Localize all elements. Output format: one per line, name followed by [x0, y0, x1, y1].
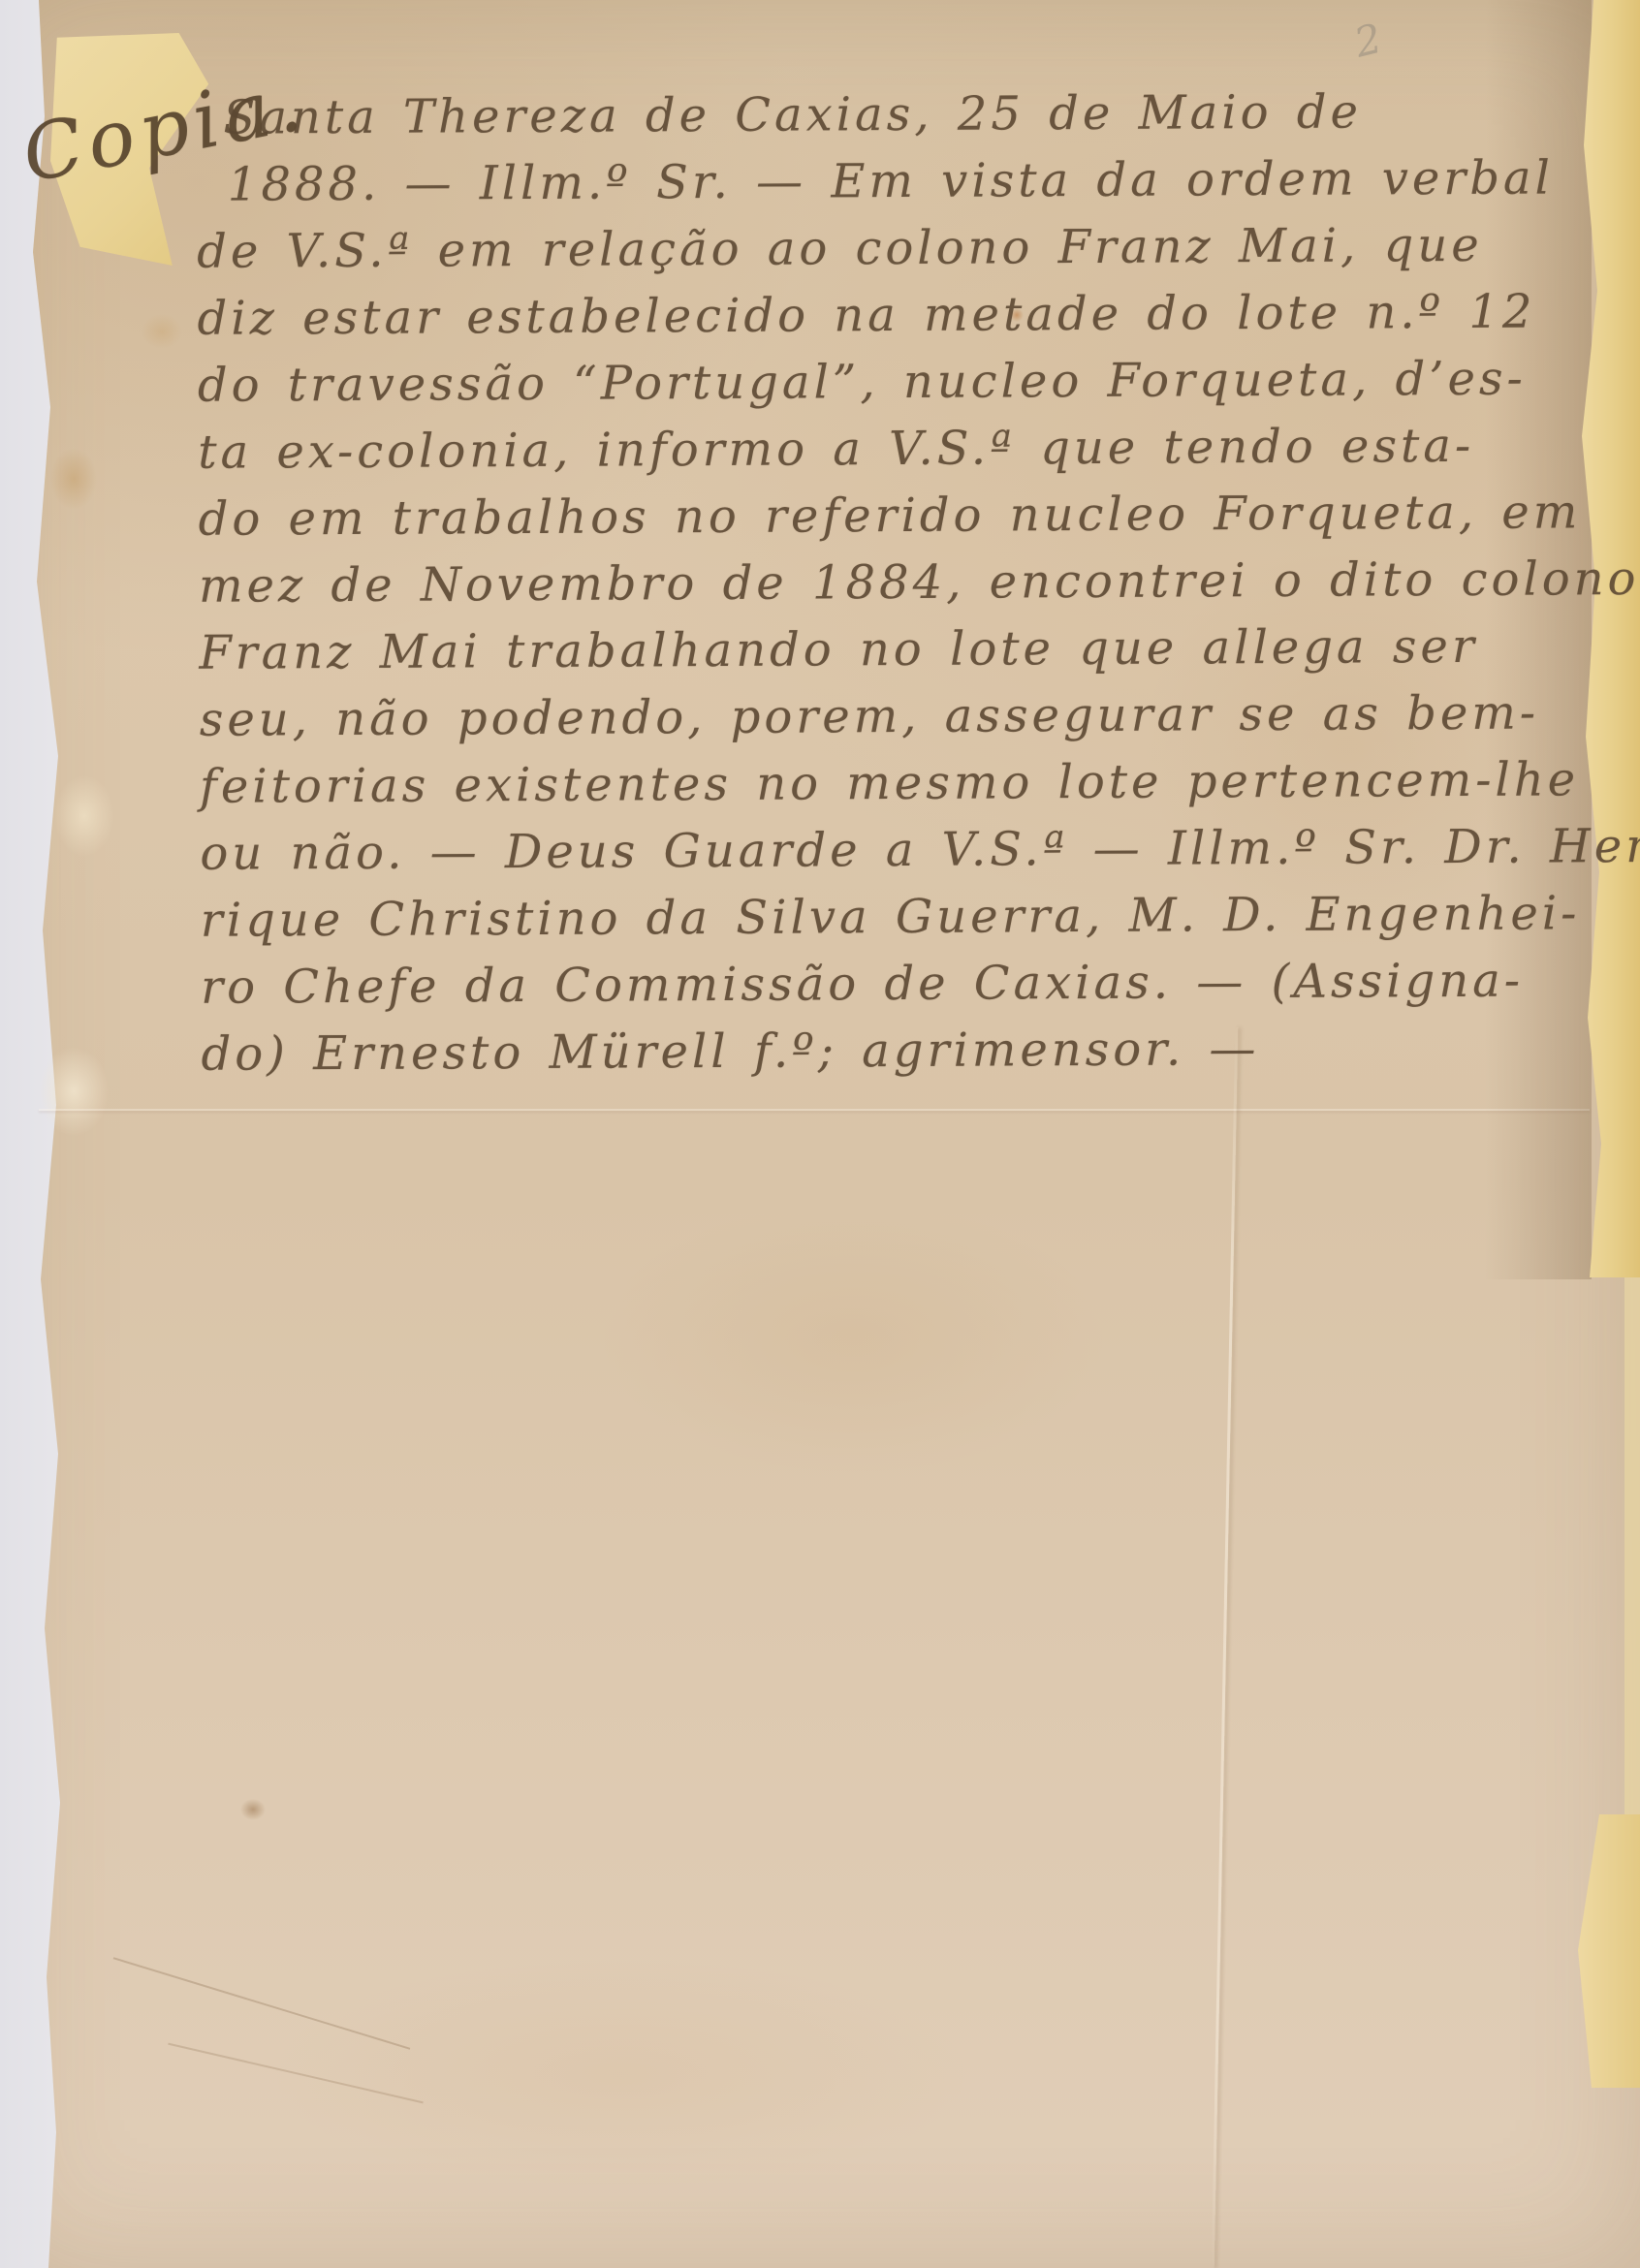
manuscript-line: Franz Mai trabalhando no lote que allega…: [199, 613, 1604, 687]
manuscript-line: do em trabalhos no referido nucleo Forqu…: [198, 479, 1603, 553]
manuscript-line: ta ex-colonia, informo a V.S.ª que tendo…: [198, 412, 1603, 487]
manuscript-line: seu, não podendo, porem, assegurar se as…: [200, 679, 1605, 754]
manuscript-line: diz estar estabelecido na metade do lote…: [197, 278, 1602, 353]
manuscript-line: Santa Thereza de Caxias, 25 de Maio de: [196, 78, 1601, 152]
scan-background: 2 Copia. Santa Thereza de Caxias, 25 de …: [0, 0, 1640, 2268]
manuscript-text: Santa Thereza de Caxias, 25 de Maio de18…: [196, 78, 1606, 1088]
manuscript-line: ro Chefe da Commissão de Caxias. — (Assi…: [201, 947, 1606, 1022]
manuscript-line: feitorias existentes no mesmo lote perte…: [200, 746, 1605, 821]
manuscript-line: rique Christino da Silva Guerra, M. D. E…: [201, 880, 1606, 955]
manuscript-line: do) Ernesto Mürell f.º; agrimensor. —: [201, 1014, 1606, 1088]
horizontal-crease: [39, 1109, 1590, 1111]
underlying-page-edge-sliver: [1624, 1277, 1640, 1820]
manuscript-line: do travessão “Portugal”, nucleo Forqueta…: [198, 345, 1603, 420]
manuscript-line: ou não. — Deus Guarde a V.S.ª — Illm.º S…: [200, 813, 1605, 888]
manuscript-line: 1888. — Illm.º Sr. — Em vista da ordem v…: [197, 144, 1602, 219]
manuscript-line: de V.S.ª em relação ao colono Franz Mai,…: [197, 211, 1602, 286]
manuscript-line: mez de Novembro de 1884, encontrei o dit…: [199, 546, 1604, 620]
